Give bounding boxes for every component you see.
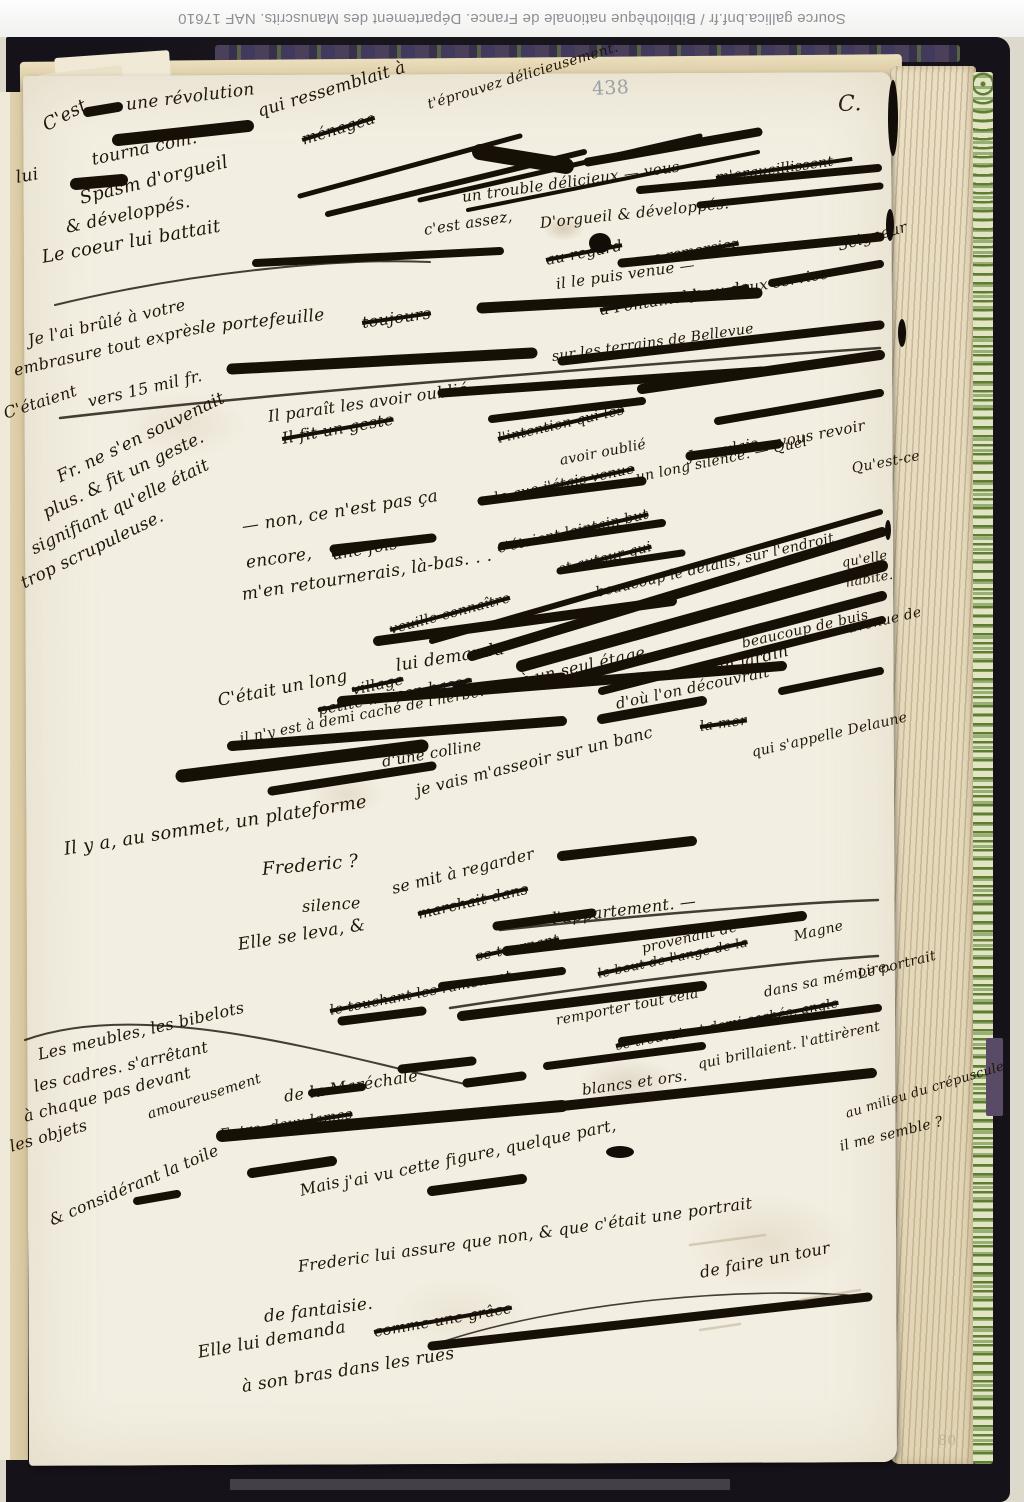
green-marbled-endpaper — [973, 72, 993, 1464]
fore-edge-page-stack — [890, 66, 976, 1464]
source-banner: Source gallica.bnf.fr / Bibliothèque nat… — [0, 0, 1024, 37]
source-attribution: Source gallica.bnf.fr / Bibliothèque nat… — [178, 10, 846, 27]
pencil-foliation: 438 — [591, 76, 629, 100]
corner-pencil-mark: 80 — [938, 1433, 956, 1449]
handwriting-fragment: lui — [14, 164, 40, 188]
gallica-scan: Source gallica.bnf.fr / Bibliothèque nat… — [0, 0, 1024, 1502]
cover-bottom-sheen — [230, 1479, 730, 1490]
folio-letter: C. — [838, 91, 863, 117]
